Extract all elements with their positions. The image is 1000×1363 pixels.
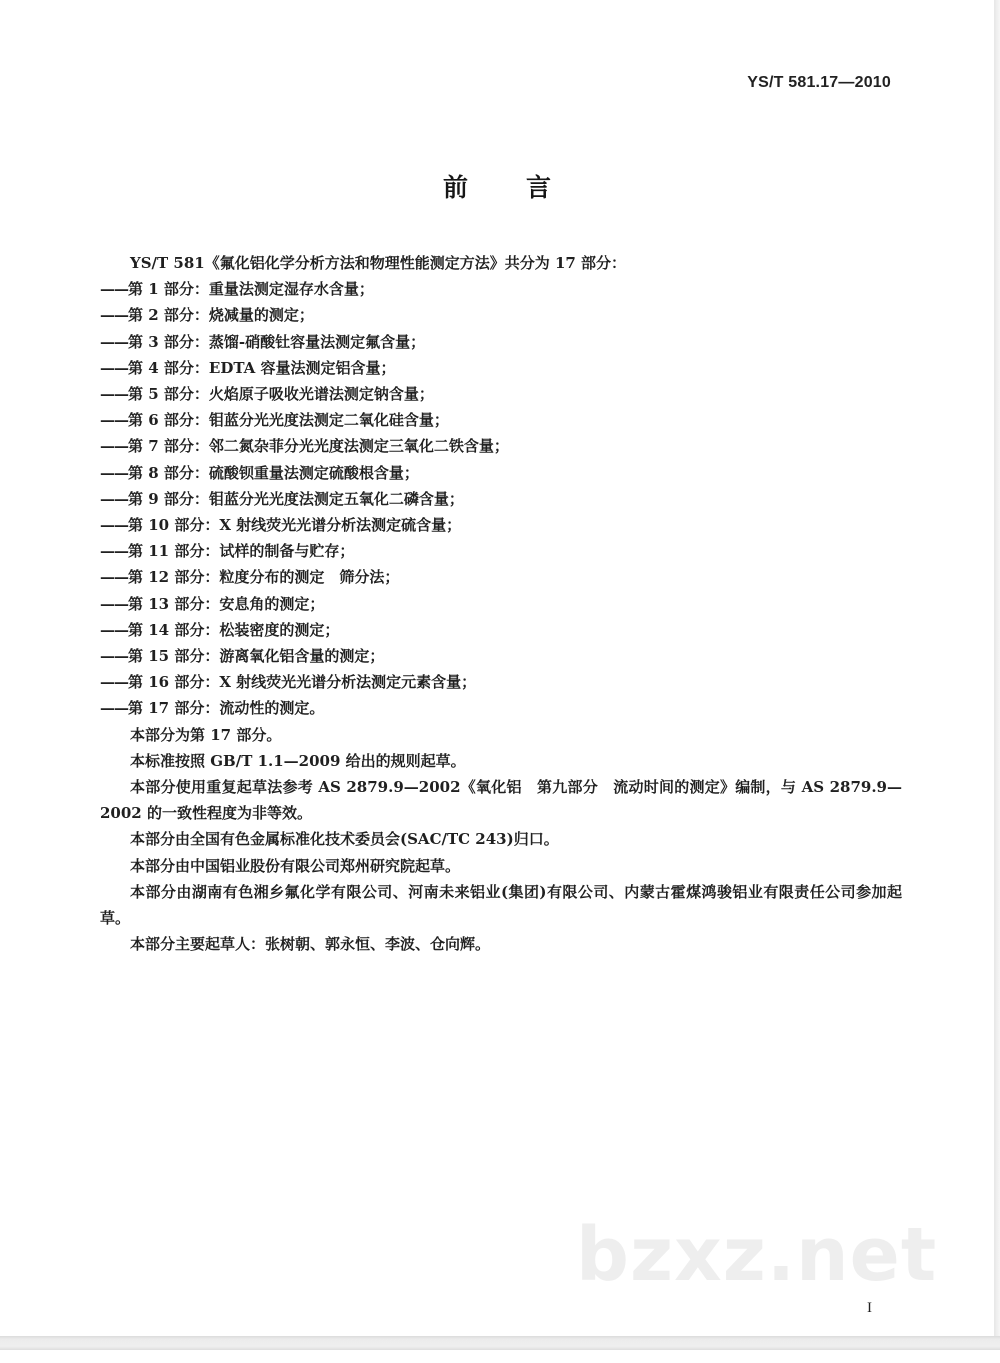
list-item-text: 第 10 部分：X 射线荧光光谱分析法测定硫含量； [128, 516, 461, 534]
list-item-text: 第 16 部分：X 射线荧光光谱分析法测定元素含量； [128, 673, 476, 691]
em-dash: —— [100, 280, 128, 298]
list-item-text: 第 7 部分：邻二氮杂菲分光光度法测定三氧化二铁含量； [128, 437, 509, 455]
participants-paragraph: 本部分由湖南有色湘乡氟化学有限公司、河南未来铝业(集团)有限公司、内蒙古霍煤鸿骏… [100, 879, 902, 931]
em-dash: —— [100, 411, 128, 429]
list-item: ——第 4 部分：EDTA 容量法测定铝含量； [100, 355, 902, 381]
standard-code: YS/T 581.17—2010 [747, 74, 891, 92]
list-item-text: 第 9 部分：钼蓝分光光度法测定五氧化二磷含量； [128, 490, 464, 508]
page-number: I [867, 1300, 872, 1317]
em-dash: —— [100, 359, 128, 377]
this-part-paragraph: 本部分为第 17 部分。 [100, 722, 902, 748]
em-dash: —— [100, 595, 128, 613]
list-item-text: 第 3 部分：蒸馏-硝酸钍容量法测定氟含量； [128, 333, 425, 351]
em-dash: —— [100, 542, 128, 560]
em-dash: —— [100, 437, 128, 455]
watermark: bzxz.net [576, 1212, 937, 1298]
em-dash: —— [100, 385, 128, 403]
em-dash: —— [100, 516, 128, 534]
list-item-text: 第 6 部分：钼蓝分光光度法测定二氧化硅含量； [128, 411, 449, 429]
list-item: ——第 3 部分：蒸馏-硝酸钍容量法测定氟含量； [100, 329, 902, 355]
list-item-text: 第 1 部分：重量法测定湿存水含量； [128, 280, 374, 298]
list-item: ——第 1 部分：重量法测定湿存水含量； [100, 276, 902, 302]
committee-paragraph: 本部分由全国有色金属标准化技术委员会(SAC/TC 243)归口。 [100, 826, 902, 852]
parts-list: ——第 1 部分：重量法测定湿存水含量； ——第 2 部分：烧减量的测定； ——… [100, 276, 902, 721]
document-page: YS/T 581.17—2010 前言 YS/T 581《氟化铝化学分析方法和物… [0, 0, 994, 1336]
list-item: ——第 14 部分：松装密度的测定； [100, 617, 902, 643]
list-item: ——第 12 部分：粒度分布的测定 筛分法； [100, 564, 902, 590]
list-item-text: 第 5 部分：火焰原子吸收光谱法测定钠含量； [128, 385, 434, 403]
em-dash: —— [100, 464, 128, 482]
em-dash: —— [100, 673, 128, 691]
list-item: ——第 10 部分：X 射线荧光光谱分析法测定硫含量； [100, 512, 902, 538]
list-item-text: 第 8 部分：硫酸钡重量法测定硫酸根含量； [128, 464, 419, 482]
drafting-rules-paragraph: 本标准按照 GB/T 1.1—2009 给出的规则起草。 [100, 748, 902, 774]
list-item-text: 第 15 部分：游离氧化铝含量的测定； [128, 647, 384, 665]
list-item-text: 第 4 部分：EDTA 容量法测定铝含量； [128, 359, 396, 377]
page-edge-right [994, 0, 1000, 1363]
reference-paragraph: 本部分使用重复起草法参考 AS 2879.9—2002《氧化铝 第九部分 流动时… [100, 774, 902, 826]
page-edge-bottom [0, 1336, 1000, 1350]
em-dash: —— [100, 306, 128, 324]
em-dash: —— [100, 647, 128, 665]
list-item: ——第 13 部分：安息角的测定； [100, 591, 902, 617]
list-item-text: 第 17 部分：流动性的测定。 [128, 699, 324, 717]
list-item-text: 第 12 部分：粒度分布的测定 筛分法； [128, 568, 399, 586]
list-item: ——第 16 部分：X 射线荧光光谱分析法测定元素含量； [100, 669, 902, 695]
list-item: ——第 5 部分：火焰原子吸收光谱法测定钠含量； [100, 381, 902, 407]
em-dash: —— [100, 621, 128, 639]
drafter-paragraph: 本部分由中国铝业股份有限公司郑州研究院起草。 [100, 853, 902, 879]
list-item: ——第 8 部分：硫酸钡重量法测定硫酸根含量； [100, 460, 902, 486]
em-dash: —— [100, 333, 128, 351]
page-title: 前言 [0, 168, 994, 204]
em-dash: —— [100, 699, 128, 717]
main-drafters-paragraph: 本部分主要起草人：张树朝、郭永恒、李波、仓向辉。 [100, 931, 902, 957]
list-item: ——第 11 部分：试样的制备与贮存； [100, 538, 902, 564]
list-item-text: 第 11 部分：试样的制备与贮存； [128, 542, 354, 560]
list-item: ——第 9 部分：钼蓝分光光度法测定五氧化二磷含量； [100, 486, 902, 512]
intro-paragraph: YS/T 581《氟化铝化学分析方法和物理性能测定方法》共分为 17 部分： [100, 250, 902, 276]
list-item-text: 第 13 部分：安息角的测定； [128, 595, 324, 613]
list-item: ——第 15 部分：游离氧化铝含量的测定； [100, 643, 902, 669]
list-item: ——第 7 部分：邻二氮杂菲分光光度法测定三氧化二铁含量； [100, 433, 902, 459]
preface-body: YS/T 581《氟化铝化学分析方法和物理性能测定方法》共分为 17 部分： —… [100, 250, 902, 957]
list-item-text: 第 14 部分：松装密度的测定； [128, 621, 339, 639]
list-item: ——第 17 部分：流动性的测定。 [100, 695, 902, 721]
em-dash: —— [100, 568, 128, 586]
list-item-text: 第 2 部分：烧减量的测定； [128, 306, 314, 324]
next-page-background [0, 1350, 1000, 1363]
list-item: ——第 6 部分：钼蓝分光光度法测定二氧化硅含量； [100, 407, 902, 433]
list-item: ——第 2 部分：烧减量的测定； [100, 302, 902, 328]
em-dash: —— [100, 490, 128, 508]
